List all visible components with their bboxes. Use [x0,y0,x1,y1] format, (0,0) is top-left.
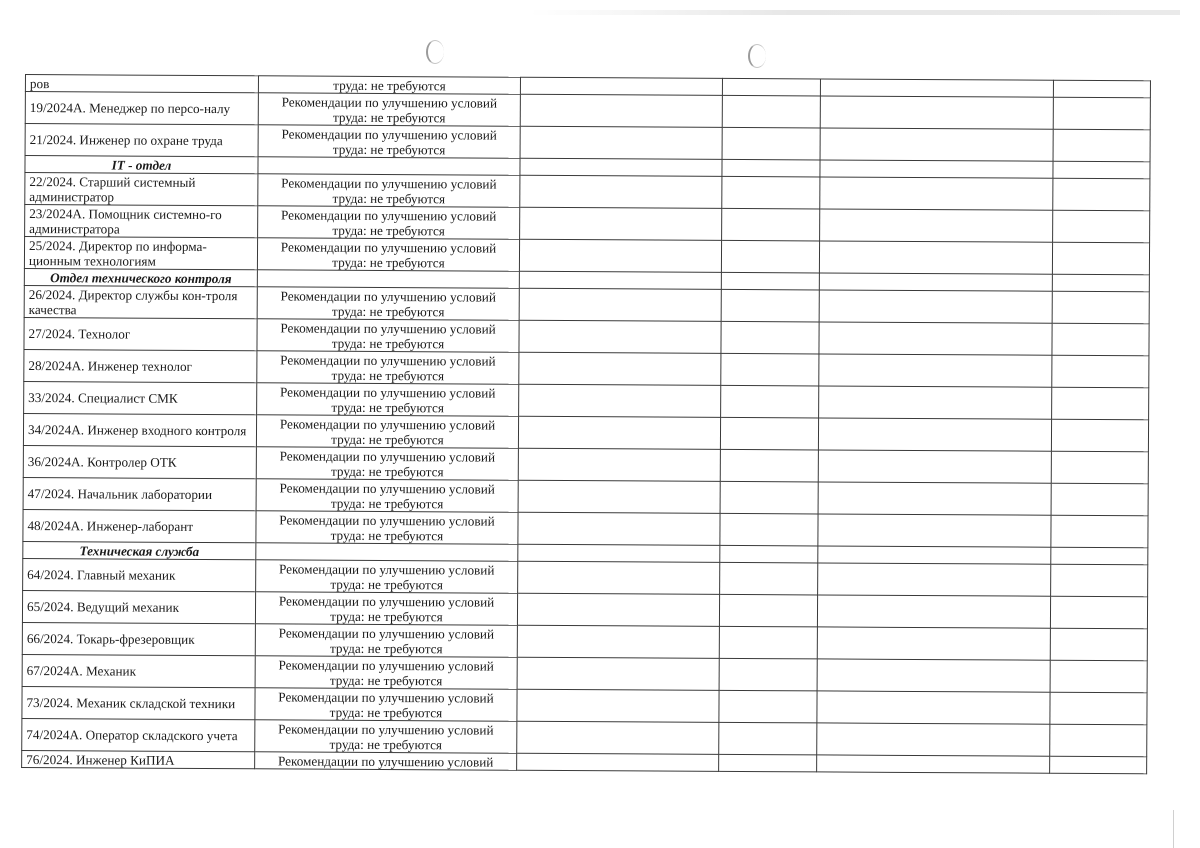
empty-cell [520,207,722,240]
empty-cell [817,755,1050,773]
recommendation-text: труда: не требуются [260,527,513,543]
empty-cell [518,512,720,545]
recommendation-cell: Рекомендации по улучшению условийтруда: … [257,319,519,352]
empty-cell [1053,178,1150,211]
empty-cell [818,482,1051,515]
position-cell: 73/2024. Механик складской техники [22,686,255,719]
department-name: Техническая служба [23,541,256,559]
empty-cell [720,449,818,482]
empty-cell [1053,97,1150,130]
empty-cell [719,658,817,691]
empty-cell [519,271,721,289]
recommendation-cell [257,270,519,288]
scan-edge-mark [1173,810,1174,848]
position-cell: 66/2024. Токарь-фрезеровщик [22,622,255,655]
recommendation-text: Рекомендации по улучшению условий [262,288,515,304]
position-cell: 67/2024А. Механик [22,654,255,687]
empty-cell [518,416,720,449]
recommendation-text: труда: не требуются [259,704,512,720]
empty-cell [817,627,1050,660]
recommendation-cell: Рекомендации по улучшению условийтруда: … [257,351,519,384]
empty-cell [518,544,720,562]
empty-cell [1051,451,1148,484]
empty-cell [519,239,721,272]
empty-cell [818,418,1051,451]
scan-edge-shadow [530,10,1180,15]
recommendation-cell [256,543,518,561]
recommendation-text: труда: не требуются [259,736,512,752]
recommendation-text: Рекомендации по улучшению условий [260,657,513,673]
recommendation-cell: Рекомендации по улучшению условийтруда: … [258,125,520,158]
position-cell: 28/2024А. Инженер технолог [24,349,257,382]
empty-cell [517,593,719,626]
recommendation-text: Рекомендации по улучшению условий [259,689,512,705]
recommendation-cell: Рекомендации по улучшению условийтруда: … [258,174,520,207]
recommendation-cell: Рекомендации по улучшению условийтруда: … [255,656,517,689]
punch-hole-mark [748,44,766,68]
empty-cell [722,95,820,128]
recommendation-cell: Рекомендации по улучшению условийтруда: … [256,511,518,544]
empty-cell [819,290,1052,323]
department-name: IT - отдел [25,156,258,174]
recommendation-text: Рекомендации по улучшению условий [259,721,512,737]
recommendation-cell: Рекомендации по улучшению условийтруда: … [255,624,517,657]
recommendation-text: труда: не требуются [262,222,515,238]
empty-cell [1053,80,1150,98]
position-cell: 74/2024А. Оператор складского учета [22,718,255,751]
recommendation-text: труда: не требуются [261,495,514,511]
position-cell: 76/2024. Инженер КиПИА [22,750,255,768]
empty-cell [719,754,817,772]
empty-cell [518,448,720,481]
punch-hole-mark [426,40,444,64]
empty-cell [818,546,1051,564]
position-cell: 19/2024А. Менеджер по персо-налу [25,92,258,125]
empty-cell [722,78,820,96]
empty-cell [817,691,1050,724]
empty-cell [721,289,819,322]
recommendation-text: труда: не требуются [263,141,516,157]
empty-cell [719,626,817,659]
empty-cell [519,288,721,321]
recommendation-cell: Рекомендации по улучшению условийтруда: … [255,592,517,625]
empty-cell [820,128,1053,161]
empty-cell [817,659,1050,692]
empty-cell [818,563,1051,596]
recommendation-cell: Рекомендации по улучшению условийтруда: … [257,238,519,271]
recommendation-text: Рекомендации по улучшению условий [261,448,514,464]
empty-cell [722,176,820,209]
recommendation-cell: Рекомендации по улучшению условийтруда: … [257,287,519,320]
empty-cell [1051,564,1148,597]
empty-cell [519,384,721,417]
empty-cell [722,208,820,241]
empty-cell [1051,547,1148,565]
position-cell: 23/2024А. Помощник системно-го администр… [25,205,258,238]
empty-cell [818,450,1051,483]
empty-cell [819,354,1052,387]
empty-cell [1050,724,1147,757]
empty-cell [518,480,720,513]
recommendation-cell [258,157,520,175]
empty-cell [719,690,817,723]
recommendation-cell: Рекомендации по улучшению условийтруда: … [258,93,520,126]
position-cell: 26/2024. Директор службы кон-троля качес… [24,285,257,318]
department-name: Отдел технического контроля [24,268,257,286]
empty-cell [1050,596,1147,629]
empty-cell [820,79,1053,97]
position-cell: 34/2024А. Инженер входного контроля [23,413,256,446]
empty-cell [520,158,722,176]
working-conditions-table: ровтруда: не требуются19/2024А. Менеджер… [21,74,1151,774]
position-cell: 47/2024. Начальник лаборатории [23,477,256,510]
recommendation-text: труда: не требуются [261,399,514,415]
recommendation-cell: Рекомендации по улучшению условийтруда: … [257,383,519,416]
empty-cell [819,322,1052,355]
empty-cell [720,513,818,546]
recommendation-text: труда: не требуются [262,254,515,270]
recommendation-text: Рекомендации по улучшению условий [262,207,515,223]
recommendation-cell: Рекомендации по улучшению условийтруда: … [256,479,518,512]
empty-cell [1052,274,1149,292]
recommendation-text: труда: не требуются [260,672,513,688]
recommendation-text: Рекомендации по улучшению условий [261,384,514,400]
empty-cell [520,94,722,127]
empty-cell [719,722,817,755]
empty-cell [1052,242,1149,275]
recommendation-cell: Рекомендации по улучшению условийтруда: … [256,447,518,480]
empty-cell [820,209,1053,242]
position-cell: 22/2024. Старший системный администратор [25,173,258,206]
recommendation-text: труда: не требуются [263,77,516,93]
empty-cell [819,241,1052,274]
position-cell: 36/2024А. Контролер ОТК [23,445,256,478]
empty-cell [722,127,820,160]
recommendation-cell: Рекомендации по улучшению условий [255,752,517,770]
recommendation-text: труда: не требуются [261,431,514,447]
empty-cell [1053,129,1150,162]
empty-cell [720,417,818,450]
empty-cell [1052,323,1149,356]
empty-cell [818,514,1051,547]
empty-cell [1051,419,1148,452]
empty-cell [722,159,820,177]
position-cell: 27/2024. Технолог [24,317,257,350]
empty-cell [517,753,719,771]
recommendation-text: Рекомендации по улучшению условий [261,480,514,496]
empty-cell [1050,628,1147,661]
recommendation-text: Рекомендации по улучшению условий [263,94,516,110]
recommendation-cell: Рекомендации по улучшению условийтруда: … [255,720,517,753]
empty-cell [721,240,819,273]
empty-cell [721,385,819,418]
recommendation-text: труда: не требуются [262,190,515,206]
empty-cell [1050,660,1147,693]
position-cell: 33/2024. Специалист СМК [24,381,257,414]
position-cell: 48/2024А. Инженер-лаборант [23,509,256,542]
document-table-container: ровтруда: не требуются19/2024А. Менеджер… [21,74,1151,774]
empty-cell [519,320,721,353]
empty-cell [817,723,1050,756]
empty-cell [721,272,819,290]
empty-cell [820,160,1053,178]
empty-cell [1052,387,1149,420]
empty-cell [1051,483,1148,516]
empty-cell [719,594,817,627]
recommendation-text: труда: не требуются [261,463,514,479]
empty-cell [1050,692,1147,725]
empty-cell [517,689,719,722]
empty-cell [720,481,818,514]
empty-cell [720,545,818,563]
recommendation-text: Рекомендации по улучшению условий [262,320,515,336]
recommendation-text: Рекомендации по улучшению условий [259,753,512,769]
empty-cell [820,96,1053,129]
empty-cell [517,721,719,754]
recommendation-text: труда: не требуются [260,608,513,624]
empty-cell [819,386,1052,419]
recommendation-text: Рекомендации по улучшению условий [263,126,516,142]
empty-cell [820,177,1053,210]
empty-cell [1052,291,1149,324]
empty-cell [517,625,719,658]
recommendation-text: Рекомендации по улучшению условий [261,416,514,432]
empty-cell [1053,210,1150,243]
empty-cell [520,126,722,159]
position-cell: 25/2024. Директор по информа-ционным тех… [24,237,257,270]
recommendation-text: труда: не требуются [260,576,513,592]
recommendation-cell: труда: не требуются [258,76,520,94]
empty-cell [817,595,1050,628]
position-cell: ров [25,75,258,93]
recommendation-text: Рекомендации по улучшению условий [260,561,513,577]
empty-cell [518,561,720,594]
recommendation-cell: Рекомендации по улучшению условийтруда: … [256,415,518,448]
empty-cell [1052,355,1149,388]
empty-cell [520,77,722,95]
recommendation-text: труда: не требуются [260,640,513,656]
position-cell: 64/2024. Главный механик [23,558,256,591]
recommendation-text: Рекомендации по улучшению условий [260,625,513,641]
position-cell: 21/2024. Инженер по охране труда [25,124,258,157]
recommendation-text: Рекомендации по улучшению условий [262,239,515,255]
recommendation-text: труда: не требуются [261,367,514,383]
table-body: ровтруда: не требуются19/2024А. Менеджер… [22,75,1151,774]
position-cell: 65/2024. Ведущий механик [22,590,255,623]
recommendation-text: труда: не требуются [261,335,514,351]
recommendation-text: труда: не требуются [263,109,516,125]
empty-cell [517,657,719,690]
recommendation-text: труда: не требуются [262,303,515,319]
empty-cell [1053,161,1150,179]
empty-cell [1051,515,1148,548]
empty-cell [721,321,819,354]
recommendation-cell: Рекомендации по улучшению условийтруда: … [258,206,520,239]
recommendation-text: Рекомендации по улучшению условий [261,352,514,368]
empty-cell [519,352,721,385]
recommendation-text: Рекомендации по улучшению условий [260,512,513,528]
empty-cell [819,273,1052,291]
recommendation-cell: Рекомендации по улучшению условийтруда: … [255,688,517,721]
recommendation-text: Рекомендации по улучшению условий [262,175,515,191]
empty-cell [1050,756,1147,774]
empty-cell [720,562,818,595]
recommendation-cell: Рекомендации по улучшению условийтруда: … [256,560,518,593]
empty-cell [721,353,819,386]
empty-cell [520,175,722,208]
recommendation-text: Рекомендации по улучшению условий [260,593,513,609]
